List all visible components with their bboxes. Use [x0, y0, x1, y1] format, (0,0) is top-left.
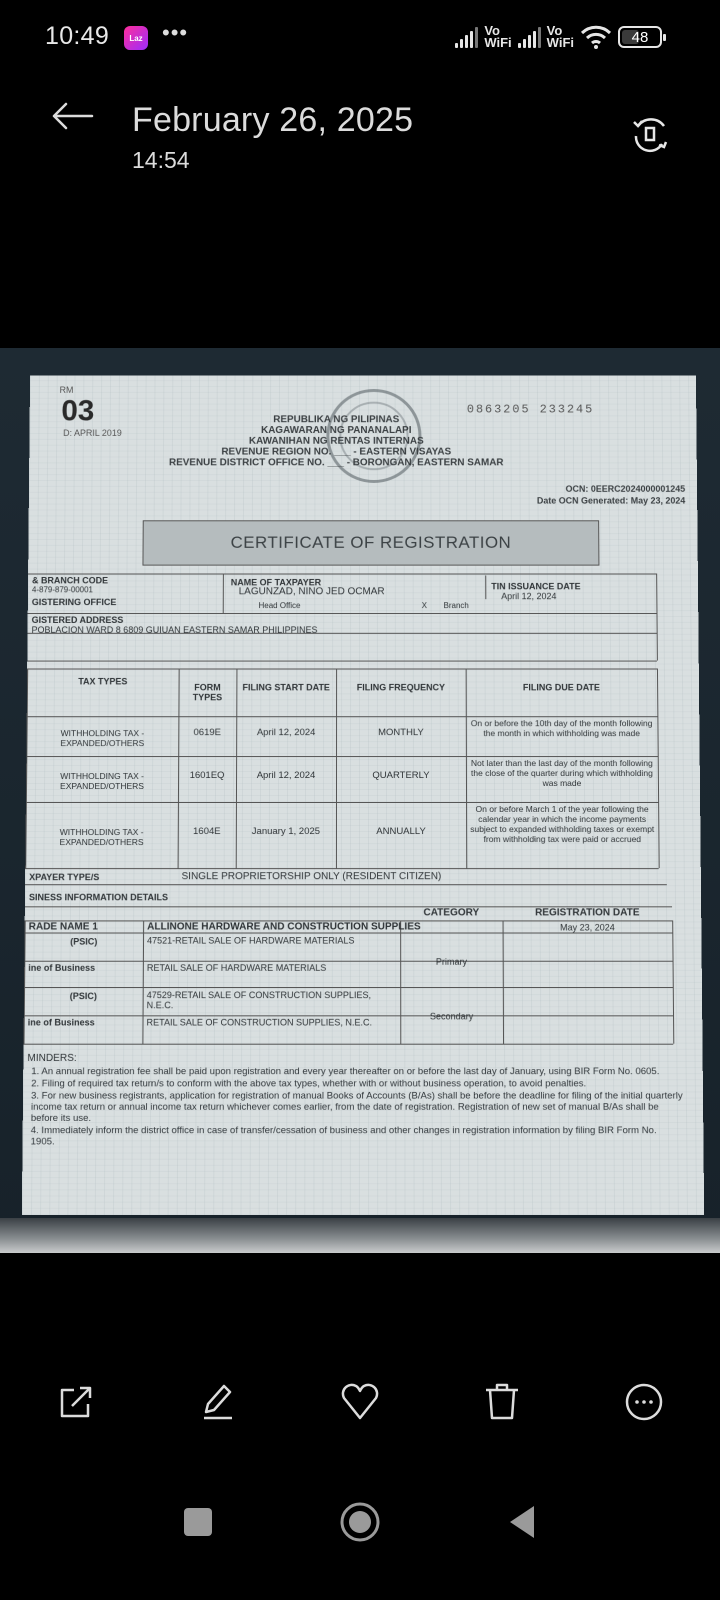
table-cell: ANNUALLY [339, 827, 463, 837]
heart-icon[interactable] [338, 1380, 382, 1424]
table-cell: MONTHLY [339, 728, 463, 738]
ocn: OCN: 0EERC2024000001245 Date OCN Generat… [537, 483, 685, 507]
psic-code: 47529-RETAIL SALE OF CONSTRUCTION SUPPLI… [147, 990, 399, 1010]
table-cell: WITHHOLDING TAX - EXPANDED/OTHERS [29, 771, 175, 791]
reminders-list: 1. An annual registration fee shall be p… [31, 1066, 684, 1148]
wifi-icon [580, 24, 612, 50]
vowifi-sim2-icon: VoWiFi [547, 25, 574, 49]
table-cell: 0619E [181, 728, 233, 738]
table-cell: WITHHOLDING TAX - EXPANDED/OTHERS [28, 827, 174, 847]
square-icon[interactable] [176, 1500, 220, 1544]
reminder-item: 3. For new business registrants, applica… [31, 1090, 683, 1124]
photo-time: 14:54 [132, 147, 190, 174]
battery-icon: 48 [618, 26, 662, 48]
more-icon[interactable] [622, 1380, 666, 1424]
line-of-business: RETAIL SALE OF CONSTRUCTION SUPPLIES, N.… [147, 1017, 399, 1027]
table-cell: QUARTERLY [339, 771, 463, 781]
table-cell: 1601EQ [181, 771, 233, 781]
photo-viewer[interactable]: RM 03 D: APRIL 2019 REPUBLIKA NG PILIPIN… [0, 348, 720, 1253]
agency-header: REPUBLIKA NG PILIPINASKAGAWARAN NG PANAN… [108, 414, 564, 468]
signal-sim2-icon [518, 26, 541, 48]
lazada-notification-icon: Laz [124, 26, 148, 50]
serial-number: 0863205 233245 [467, 403, 594, 417]
photo-action-bar [0, 1380, 720, 1440]
pencil-icon[interactable] [196, 1380, 240, 1424]
line-of-business: RETAIL SALE OF HARDWARE MATERIALS [147, 963, 398, 973]
table-header: FILING FREQUENCY [338, 682, 464, 692]
trash-icon[interactable] [480, 1380, 524, 1424]
psic-code: 47521-RETAIL SALE OF HARDWARE MATERIALS [147, 936, 398, 946]
status-icons: VoWiFi VoWiFi 48 [455, 24, 662, 50]
more-notifications-icon: ••• [162, 20, 188, 46]
triangle-back-icon[interactable] [500, 1500, 544, 1544]
form-number: 03 [61, 395, 94, 428]
table-cell: April 12, 2024 [239, 771, 333, 781]
system-navigation-bar [0, 1500, 720, 1560]
certificate-document: RM 03 D: APRIL 2019 REPUBLIKA NG PILIPIN… [22, 375, 704, 1215]
certificate-title: CERTIFICATE OF REGISTRATION [142, 520, 599, 565]
circle-icon[interactable] [338, 1500, 382, 1544]
trade-name: ALLINONE HARDWARE AND CONSTRUCTION SUPPL… [147, 922, 421, 932]
table-cell: On or before March 1 of the year followi… [469, 804, 655, 844]
photo-date-title: February 26, 2025 [132, 101, 413, 140]
vowifi-sim1-icon: VoWiFi [484, 25, 511, 49]
reminder-item: 1. An annual registration fee shall be p… [31, 1066, 682, 1077]
status-bar: 10:49 Laz ••• VoWiFi VoWiFi 48 [0, 0, 720, 78]
table-header: TAX TYPES [29, 676, 177, 686]
table-cell: January 1, 2025 [239, 827, 333, 837]
table-cell: April 12, 2024 [239, 728, 333, 738]
signal-sim1-icon [455, 26, 478, 48]
reminder-item: 4. Immediately inform the district offic… [31, 1125, 684, 1147]
table-header: FORM TYPES [180, 682, 234, 702]
clock: 10:49 [45, 22, 109, 51]
share-icon[interactable] [54, 1380, 98, 1424]
table-cell: Not later than the last day of the month… [469, 758, 655, 788]
table-header: FILING DUE DATE [468, 682, 655, 692]
table-cell: 1604E [181, 827, 233, 837]
reminder-item: 2. Filing of required tax return/s to co… [31, 1078, 683, 1089]
business-category: Primary [400, 957, 503, 967]
table-cell: WITHHOLDING TAX - EXPANDED/OTHERS [29, 728, 175, 748]
arrow-left-icon[interactable] [48, 96, 98, 140]
registration-date: May 23, 2024 [503, 922, 673, 932]
taxpayer-type: SINGLE PROPRIETORSHIP ONLY (RESIDENT CIT… [182, 872, 442, 882]
rotate-screen-icon[interactable] [628, 112, 672, 156]
table-header: FILING START DATE [238, 682, 334, 692]
table-cell: On or before the 10th day of the month f… [469, 718, 655, 738]
business-category: Secondary [400, 1011, 503, 1021]
